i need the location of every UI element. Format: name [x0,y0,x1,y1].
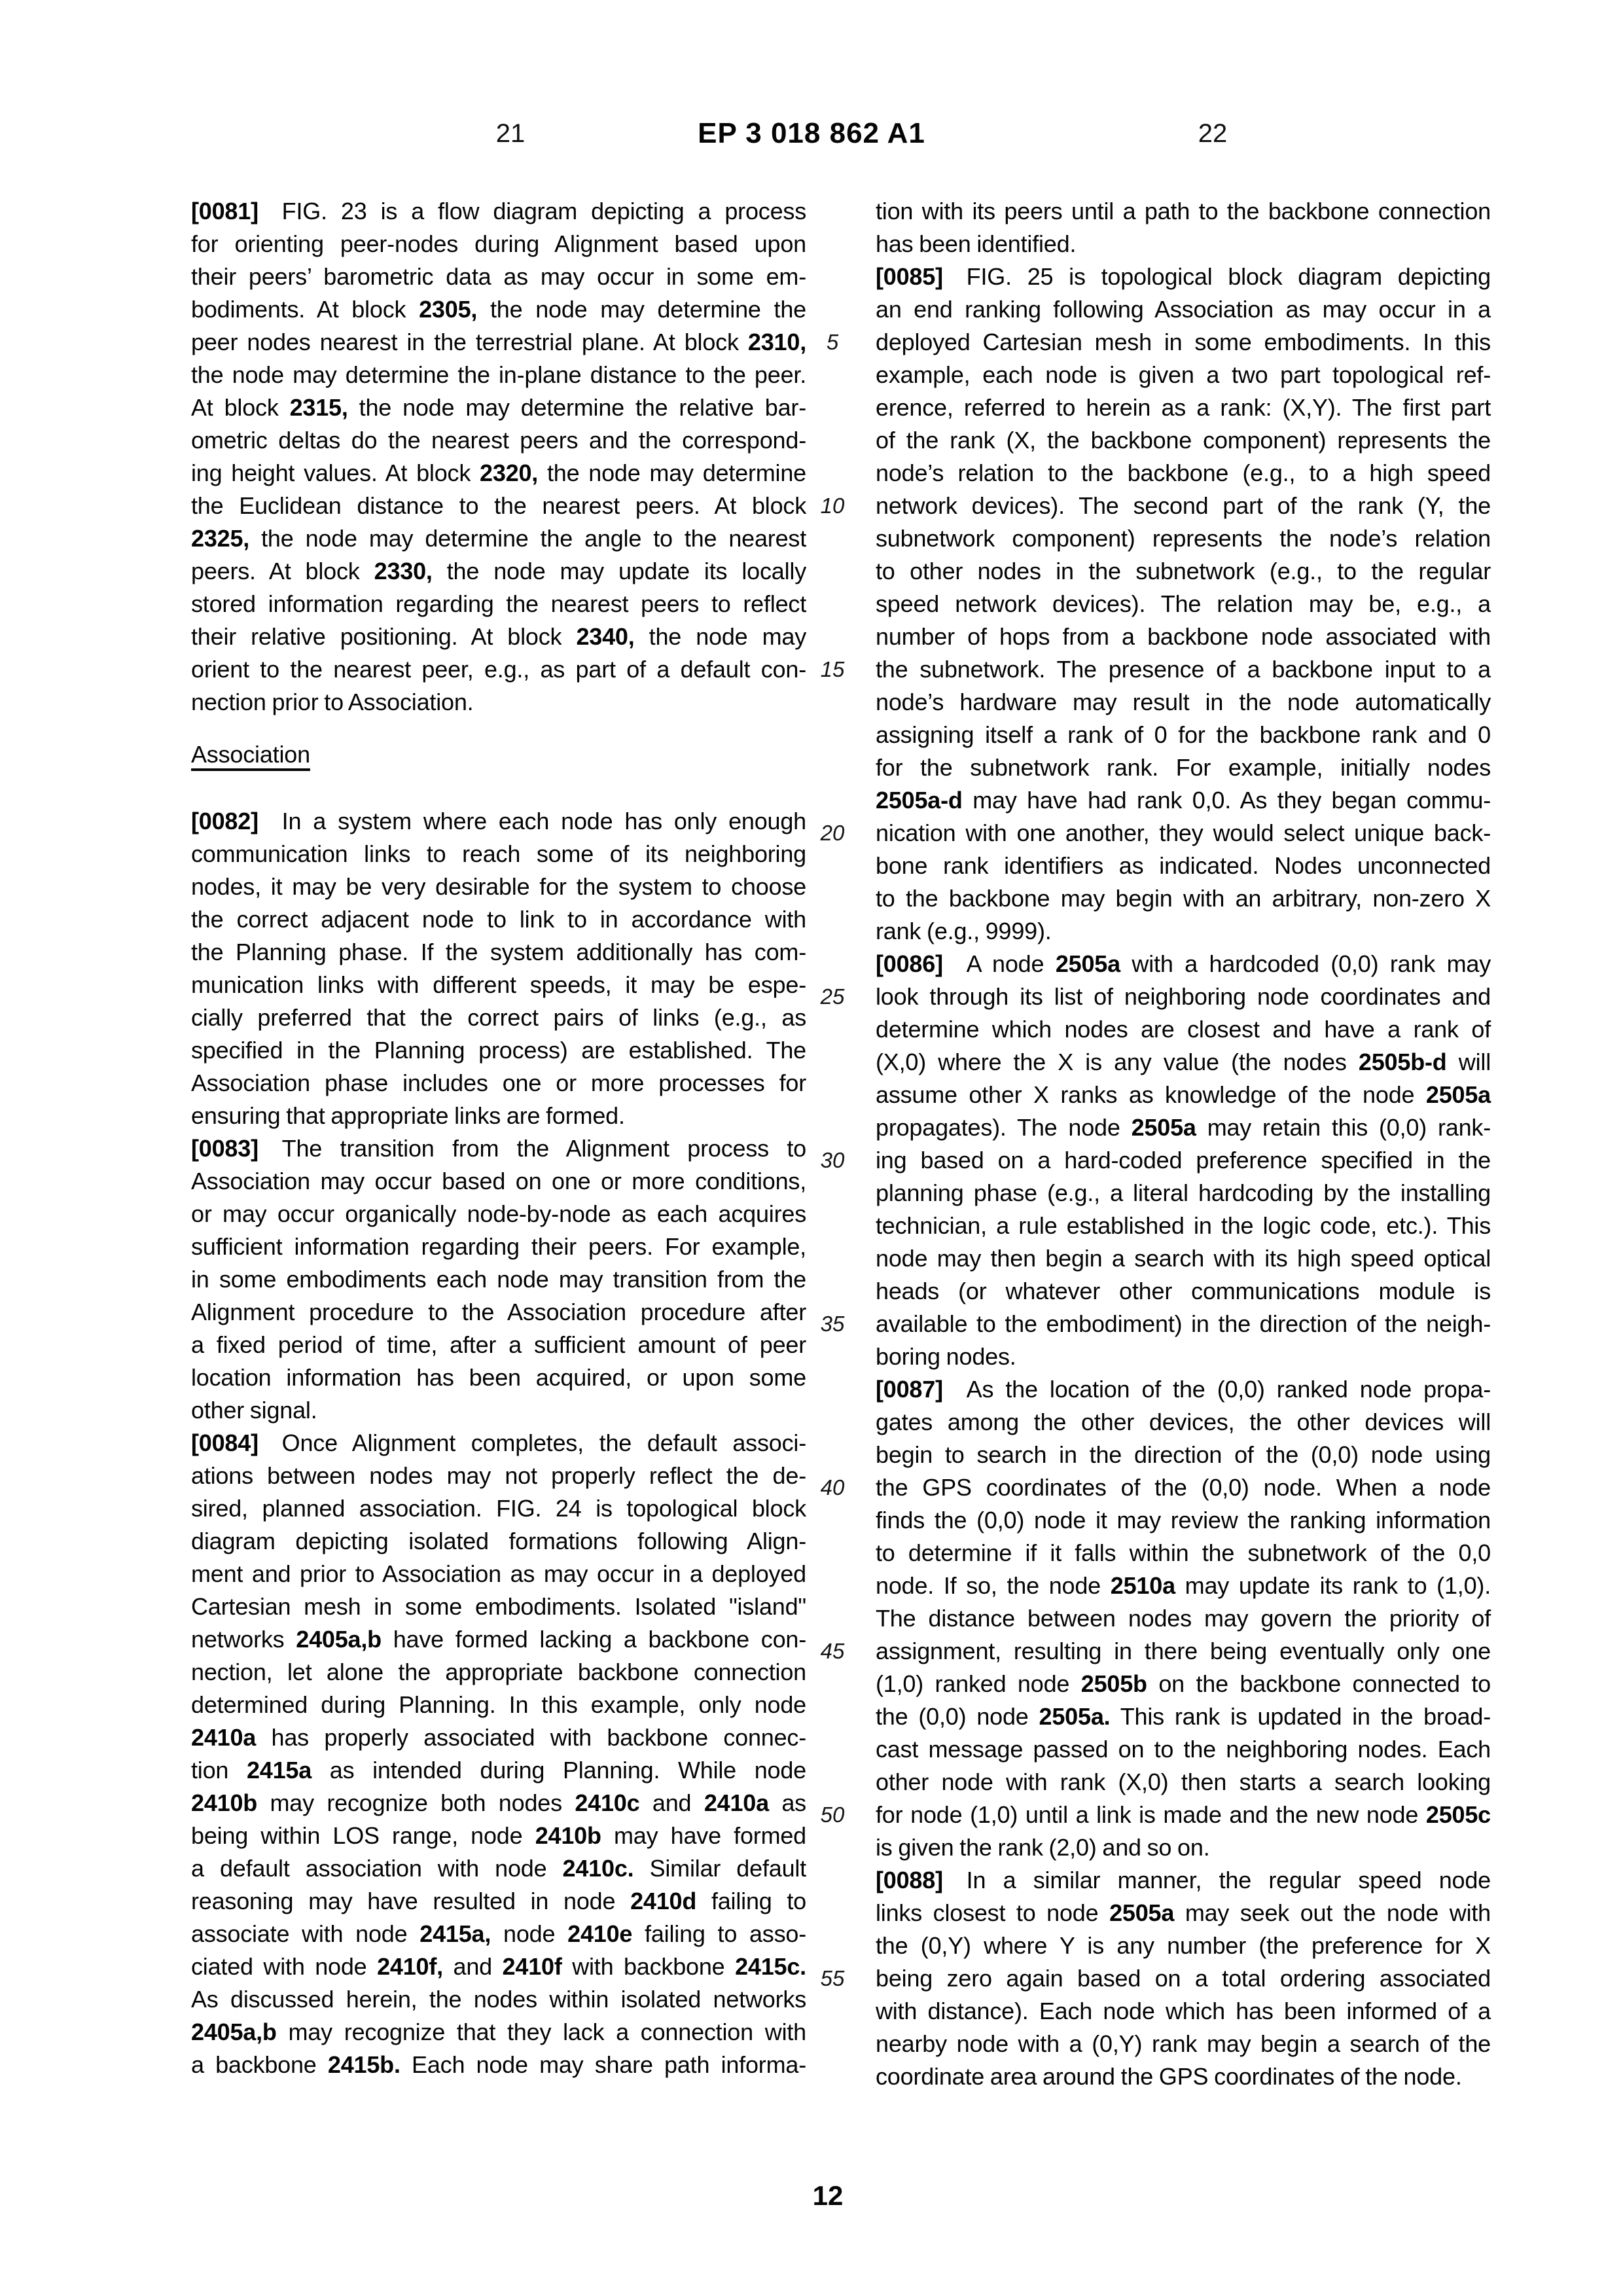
text-line: communication links to reach some of its… [191,838,806,870]
text-line: for the subnetwork rank. For example, in… [876,751,1491,784]
gutter-line-number: 50 [813,1799,852,1831]
text-line: being within LOS range, node 2410b may h… [191,1820,806,1852]
text-line: (1,0) ranked node 2505b on the backbone … [876,1668,1491,1700]
text-line: has been identified. [876,228,1491,260]
text-line: nodes, it may be very desirable for the … [191,870,806,903]
text-line: sufficient information regarding their p… [191,1230,806,1263]
text-line: Alignment procedure to the Association p… [191,1296,806,1329]
text-line: [0086] A node 2505a with a hardcoded (0,… [876,948,1491,980]
section-heading: Association [191,738,806,771]
text-line: assigning itself a rank of 0 for the bac… [876,719,1491,751]
gutter-line-number: 45 [813,1635,852,1668]
text-line: ations between nodes may not properly re… [191,1460,806,1492]
text-line: [0084] Once Alignment completes, the def… [191,1427,806,1460]
text-line: other node with rank (X,0) then starts a… [876,1766,1491,1799]
text-line: propagates). The node 2505a may retain t… [876,1111,1491,1144]
text-line: other signal. [191,1394,806,1427]
text-line: node’s relation to the backbone (e.g., t… [876,457,1491,490]
text-line: nection, let alone the appropriate backb… [191,1656,806,1689]
gutter-line-number: 10 [813,490,852,522]
paragraph: [0085] FIG. 25 is topological block diag… [876,260,1491,948]
paragraph: [0088] In a similar manner, the regular … [876,1864,1491,2093]
text-line: links closest to node 2505a may seek out… [876,1897,1491,1929]
paragraph: tion with its peers until a path to the … [876,195,1491,260]
text-line: sired, planned association. FIG. 24 is t… [191,1492,806,1525]
text-line: nection prior to Association. [191,686,806,719]
text-line: look through its list of neighboring nod… [876,980,1491,1013]
text-line: ing based on a hard-coded preference spe… [876,1144,1491,1177]
gutter-line-number: 40 [813,1471,852,1504]
text-line: node. If so, the node 2510a may update i… [876,1570,1491,1602]
text-line: boring nodes. [876,1340,1491,1373]
text-line: assignment, resulting in there being eve… [876,1635,1491,1668]
gutter-line-number: 55 [813,1962,852,1995]
patent-document-page: 21 EP 3 018 862 A1 22 510152025303540455… [0,0,1623,2296]
text-line: As discussed herein, the nodes within is… [191,1983,806,2016]
text-line: ometric deltas do the nearest peers and … [191,424,806,457]
text-line: erence, referred to herein as a rank: (X… [876,391,1491,424]
text-line: the node may determine the in-plane dist… [191,359,806,391]
text-line: the GPS coordinates of the (0,0) node. W… [876,1471,1491,1504]
text-line: tion with its peers until a path to the … [876,195,1491,228]
gutter-line-number: 30 [813,1144,852,1177]
text-line: their relative positioning. At block 234… [191,620,806,653]
paragraph: [0086] A node 2505a with a hardcoded (0,… [876,948,1491,1373]
gutter-line-number: 20 [813,817,852,850]
text-line: Cartesian mesh in some embodiments. Isol… [191,1590,806,1623]
text-line: technician, a rule established in the lo… [876,1210,1491,1242]
text-line: to determine if it falls within the subn… [876,1537,1491,1570]
text-line: nication with one another, they would se… [876,817,1491,850]
gutter-line-number: 15 [813,653,852,686]
line-number-gutter: 510152025303540455055 [813,0,852,2296]
paragraph: [0082] In a system where each node has o… [191,805,806,1132]
text-line: nearby node with a (0,Y) rank may begin … [876,2028,1491,2060]
text-line: or may occur organically node-by-node as… [191,1198,806,1230]
text-line: reasoning may have resulted in node 2410… [191,1885,806,1918]
text-line: their peers’ barometric data as may occu… [191,260,806,293]
text-line: rank (e.g., 9999). [876,915,1491,948]
text-line: Association phase includes one or more p… [191,1067,806,1100]
text-line: orient to the nearest peer, e.g., as par… [191,653,806,686]
section-heading-text: Association [191,741,310,768]
text-line: tion 2415a as intended during Planning. … [191,1754,806,1787]
text-line: peers. At block 2330, the node may updat… [191,555,806,588]
left-column-page-number: 21 [468,115,553,152]
text-line: [0082] In a system where each node has o… [191,805,806,838]
text-line: The distance between nodes may govern th… [876,1602,1491,1635]
text-line: determine which nodes are closest and ha… [876,1013,1491,1046]
paragraph: [0083] The transition from the Alignment… [191,1132,806,1427]
text-line: planning phase (e.g., a literal hardcodi… [876,1177,1491,1210]
text-line: stored information regarding the nearest… [191,588,806,620]
gutter-line-number: 5 [813,326,852,359]
text-line: bodiments. At block 2305, the node may d… [191,293,806,326]
text-line: associate with node 2415a, node 2410e fa… [191,1918,806,1950]
text-line: 2410a has properly associated with backb… [191,1721,806,1754]
text-line: to the backbone may begin with an arbitr… [876,882,1491,915]
text-line: [0088] In a similar manner, the regular … [876,1864,1491,1897]
text-line: for orienting peer-nodes during Alignmen… [191,228,806,260]
text-line: ment and prior to Association as may occ… [191,1558,806,1590]
text-line: the Euclidean distance to the nearest pe… [191,490,806,522]
text-line: begin to search in the direction of the … [876,1439,1491,1471]
left-text-column: [0081] FIG. 23 is a flow diagram depicti… [191,195,806,2081]
page-number: 12 [813,2180,844,2211]
text-line: cast message passed on to the neighborin… [876,1733,1491,1766]
text-line: bone rank identifiers as indicated. Node… [876,850,1491,882]
text-line: assume other X ranks as knowledge of the… [876,1079,1491,1111]
text-line: the (0,0) node 2505a. This rank is updat… [876,1700,1491,1733]
text-line: for node (1,0) until a link is made and … [876,1799,1491,1831]
text-line: speed network devices). The relation may… [876,588,1491,620]
text-line: network devices). The second part of the… [876,490,1491,522]
text-line: location information has been acquired, … [191,1361,806,1394]
text-line: being zero again based on a total orderi… [876,1962,1491,1995]
text-line: in some embodiments each node may transi… [191,1263,806,1296]
text-line: heads (or whatever other communications … [876,1275,1491,1308]
text-line: networks 2405a,b have formed lacking a b… [191,1623,806,1656]
paragraph: [0081] FIG. 23 is a flow diagram depicti… [191,195,806,719]
text-line: [0081] FIG. 23 is a flow diagram depicti… [191,195,806,228]
text-line: (X,0) where the X is any value (the node… [876,1046,1491,1079]
text-line: of the rank (X, the backbone component) … [876,424,1491,457]
text-line: peer nodes nearest in the terrestrial pl… [191,326,806,359]
text-line: the correct adjacent node to link to in … [191,903,806,936]
gutter-line-number: 25 [813,980,852,1013]
text-line: a default association with node 2410c. S… [191,1852,806,1885]
text-line: At block 2315, the node may determine th… [191,391,806,424]
page-footer: 12 [753,2179,903,2212]
gutter-line-number: 35 [813,1308,852,1340]
text-line: available to the embodiment) in the dire… [876,1308,1491,1340]
text-line: node’s hardware may result in the node a… [876,686,1491,719]
text-line: munication links with different speeds, … [191,969,806,1001]
text-line: [0083] The transition from the Alignment… [191,1132,806,1165]
text-line: an end ranking following Association as … [876,293,1491,326]
text-line: the (0,Y) where Y is any number (the pre… [876,1929,1491,1962]
publication-number: EP 3 018 862 A1 [664,115,959,152]
text-line: 2325, the node may determine the angle t… [191,522,806,555]
text-line: the Planning phase. If the system additi… [191,936,806,969]
text-line: subnetwork component) represents the nod… [876,522,1491,555]
text-line: gates among the other devices, the other… [876,1406,1491,1439]
text-line: determined during Planning. In this exam… [191,1689,806,1721]
text-line: finds the (0,0) node it may review the r… [876,1504,1491,1537]
text-line: ciated with node 2410f, and 2410f with b… [191,1950,806,1983]
text-line: to other nodes in the subnetwork (e.g., … [876,555,1491,588]
text-line: 2410b may recognize both nodes 2410c and… [191,1787,806,1820]
text-line: example, each node is given a two part t… [876,359,1491,391]
text-line: a backbone 2415b. Each node may share pa… [191,2049,806,2081]
text-line: 2505a-d may have had rank 0,0. As they b… [876,784,1491,817]
text-line: a fixed period of time, after a sufficie… [191,1329,806,1361]
text-line: number of hops from a backbone node asso… [876,620,1491,653]
text-line: the subnetwork. The presence of a backbo… [876,653,1491,686]
text-line: coordinate area around the GPS coordinat… [876,2060,1491,2093]
text-line: 2405a,b may recognize that they lack a c… [191,2016,806,2049]
page-header: 21 EP 3 018 862 A1 22 [0,115,1623,154]
text-line: cially preferred that the correct pairs … [191,1001,806,1034]
text-line: diagram depicting isolated formations fo… [191,1525,806,1558]
paragraph: [0087] As the location of the (0,0) rank… [876,1373,1491,1864]
right-column-page-number: 22 [1170,115,1255,152]
text-line: deployed Cartesian mesh in some embodime… [876,326,1491,359]
text-line: with distance). Each node which has been… [876,1995,1491,2028]
paragraph: [0084] Once Alignment completes, the def… [191,1427,806,2081]
text-line: [0087] As the location of the (0,0) rank… [876,1373,1491,1406]
text-line: is given the rank (2,0) and so on. [876,1831,1491,1864]
text-line: specified in the Planning process) are e… [191,1034,806,1067]
text-line: ensuring that appropriate links are form… [191,1100,806,1132]
text-line: [0085] FIG. 25 is topological block diag… [876,260,1491,293]
right-text-column: tion with its peers until a path to the … [876,195,1491,2093]
text-line: ing height values. At block 2320, the no… [191,457,806,490]
text-line: node may then begin a search with its hi… [876,1242,1491,1275]
text-line: Association may occur based on one or mo… [191,1165,806,1198]
